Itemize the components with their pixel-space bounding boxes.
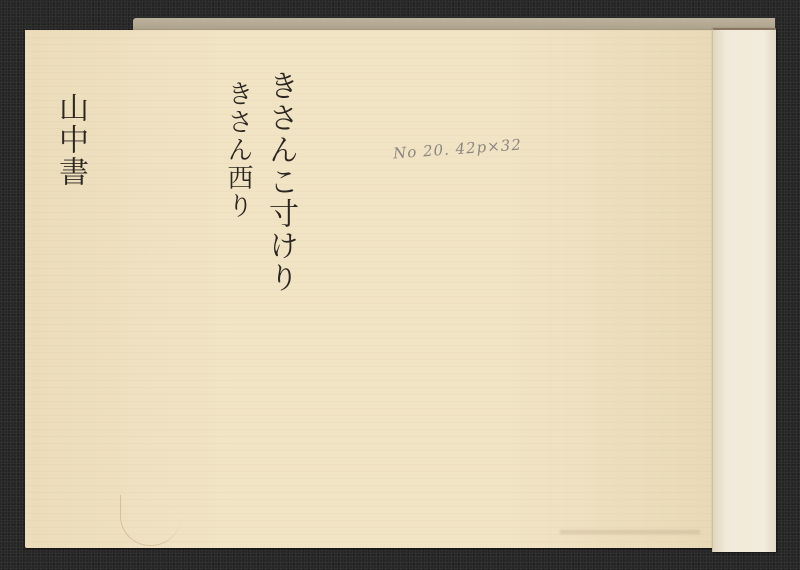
document-spine-fold — [712, 28, 776, 552]
calligraphy-left-column: 山中書 — [55, 92, 85, 188]
document-cover — [25, 30, 713, 548]
calligraphy-column-1: きさんこ寸けり — [265, 70, 295, 294]
paper-stain — [560, 530, 700, 534]
calligraphy-column-2: きさん西り — [225, 80, 251, 220]
